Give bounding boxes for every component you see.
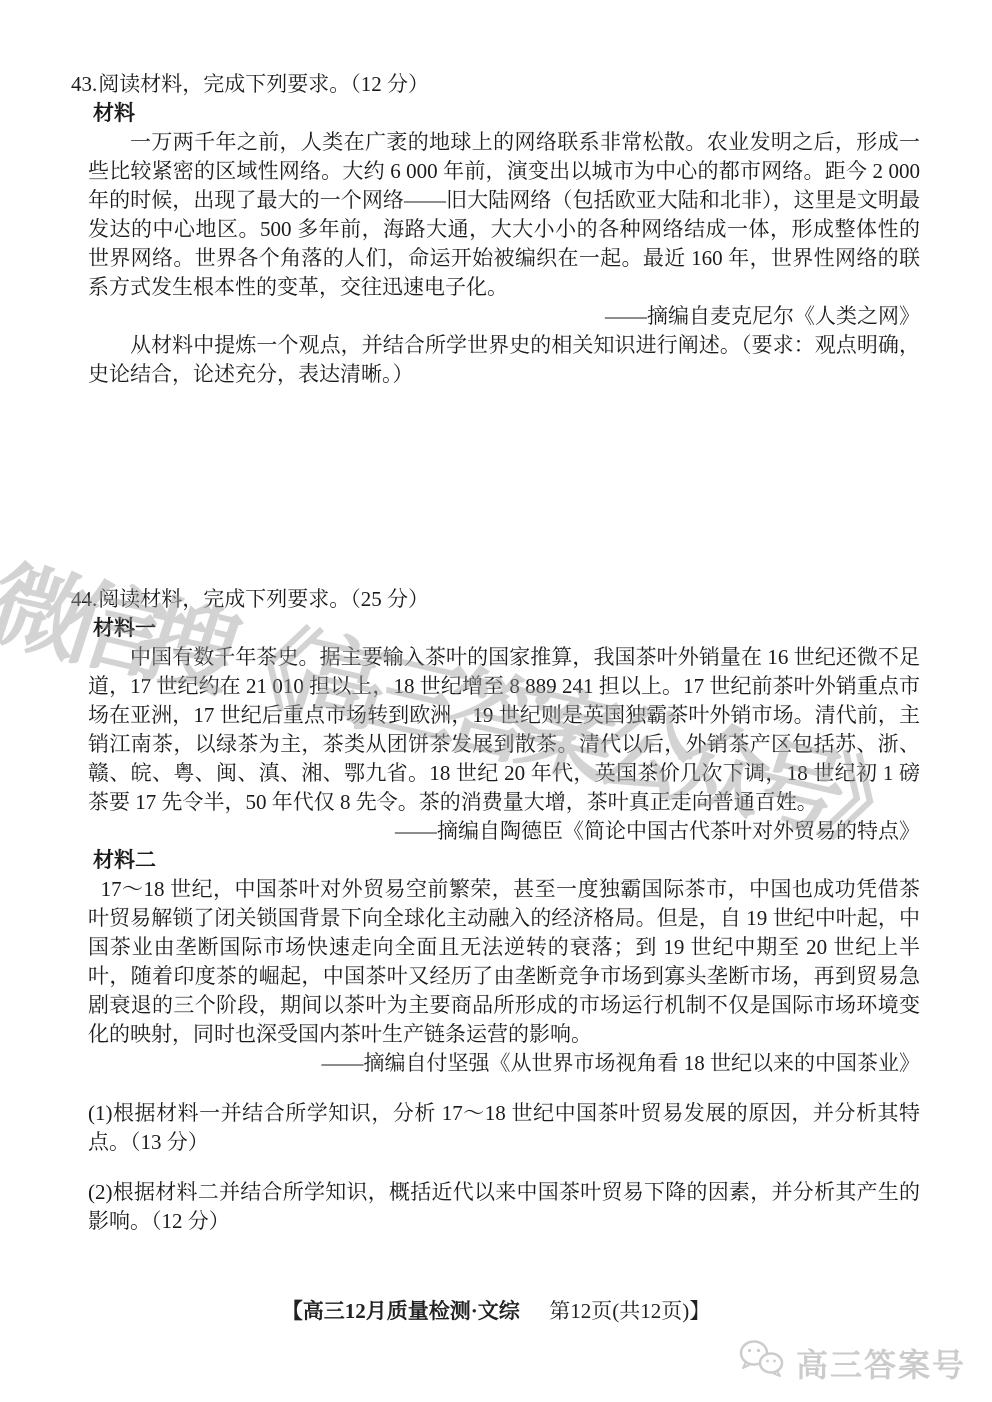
question-43-attribution: ——摘编自麦克尼尔《人类之网》 bbox=[88, 302, 920, 331]
question-43: 43.阅读材料，完成下列要求。（12 分） 材料 一万两千年之前，人类在广袤的地… bbox=[88, 70, 920, 389]
footer-page-number: 第12页(共12页)】 bbox=[549, 1299, 710, 1323]
question-43-material-paragraph: 一万两千年之前，人类在广袤的地球上的网络联系非常松散。农业发明之后，形成一些比较… bbox=[88, 128, 920, 302]
publisher-logo: 高三答案号 bbox=[736, 1338, 966, 1387]
exam-page: 微信搜《高三答案公众号》 43.阅读材料，完成下列要求。（12 分） 材料 一万… bbox=[0, 0, 992, 1402]
question-43-prompt: 阅读材料，完成下列要求。（12 分） bbox=[98, 72, 429, 96]
question-44-material1-attribution: ——摘编自陶德臣《简论中国古代茶叶对外贸易的特点》 bbox=[88, 817, 920, 846]
question-44-subquestion-1: (1)根据材料一并结合所学知识，分析 17～18 世纪中国茶叶贸易发展的原因，并… bbox=[88, 1099, 920, 1157]
publisher-logo-text: 高三答案号 bbox=[796, 1340, 966, 1386]
question-43-task: 从材料中提炼一个观点，并结合所学世界史的相关知识进行阐述。（要求：观点明确，史论… bbox=[88, 331, 920, 389]
question-44-material2-attribution: ——摘编自付坚强《从世界市场视角看 18 世纪以来的中国茶业》 bbox=[88, 1049, 920, 1078]
question-44-subquestion-2: (2)根据材料二并结合所学知识，概括近代以来中国茶叶贸易下降的因素，并分析其产生… bbox=[88, 1178, 920, 1236]
question-43-material-label: 材料 bbox=[93, 99, 920, 128]
wechat-bubbles-icon bbox=[736, 1338, 788, 1387]
question-43-header: 43.阅读材料，完成下列要求。（12 分） bbox=[71, 70, 920, 99]
page-footer: 【高三12月质量检测·文综第12页(共12页)】 bbox=[0, 1296, 992, 1326]
question-44-material1-label: 材料一 bbox=[93, 614, 920, 643]
question-44-number: 44. bbox=[71, 587, 97, 611]
question-44-material2-paragraph: 17～18 世纪，中国茶叶对外贸易空前繁荣，甚至一度独霸国际茶市，中国也成功凭借… bbox=[88, 875, 920, 1049]
footer-exam-title: 【高三12月质量检测·文综 bbox=[282, 1299, 520, 1323]
question-44-material2-label: 材料二 bbox=[93, 846, 920, 875]
question-44: 44.阅读材料，完成下列要求。（25 分） 材料一 中国有数千年茶史。据主要输入… bbox=[88, 585, 920, 1236]
question-44-material1-paragraph: 中国有数千年茶史。据主要输入茶叶的国家推算，我国茶叶外销量在 16 世纪还微不足… bbox=[88, 643, 920, 817]
question-44-prompt: 阅读材料，完成下列要求。（25 分） bbox=[98, 587, 429, 611]
question-43-number: 43. bbox=[71, 72, 97, 96]
page-content: 43.阅读材料，完成下列要求。（12 分） 材料 一万两千年之前，人类在广袤的地… bbox=[88, 70, 920, 1257]
question-44-header: 44.阅读材料，完成下列要求。（25 分） bbox=[71, 585, 920, 614]
